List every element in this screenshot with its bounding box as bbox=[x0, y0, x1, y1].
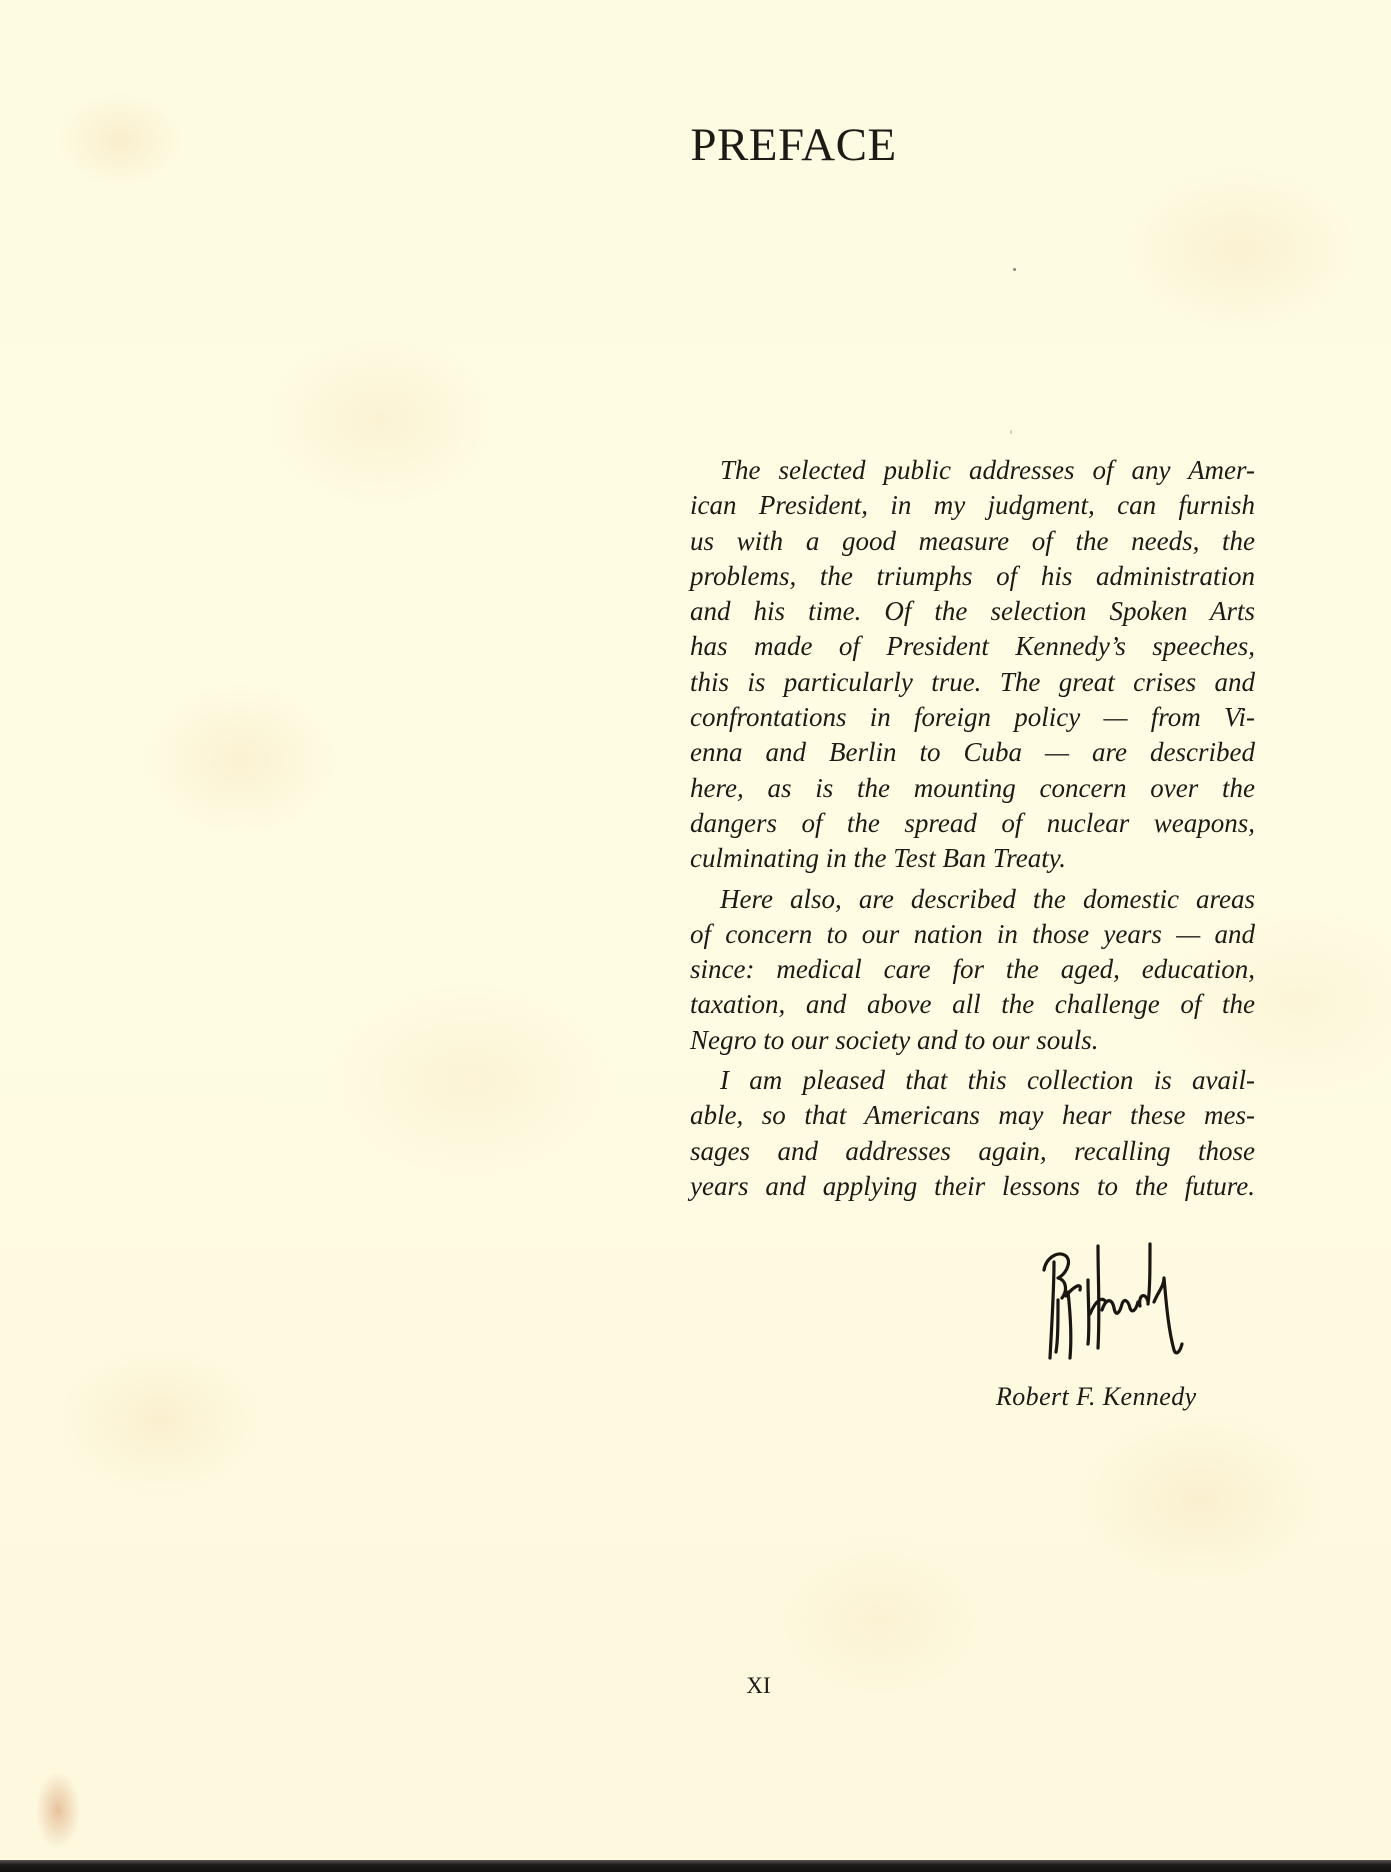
text-line: confrontations in foreign policy — from … bbox=[690, 700, 1255, 735]
text-line: here, as is the mounting concern over th… bbox=[690, 771, 1255, 806]
preface-body: The selected public addresses of any Ame… bbox=[690, 453, 1255, 1209]
text-line: dangers of the spread of nuclear weapons… bbox=[690, 806, 1255, 841]
text-line: and his time. Of the selection Spoken Ar… bbox=[690, 594, 1255, 629]
text-line: ican President, in my judgment, can furn… bbox=[690, 488, 1255, 523]
page-title-text: PREFACE bbox=[690, 119, 896, 171]
text-line: sages and addresses again, recalling tho… bbox=[690, 1134, 1255, 1169]
paragraph-1: The selected public addresses of any Ame… bbox=[690, 453, 1255, 877]
text-line: us with a good measure of the needs, the bbox=[690, 524, 1255, 559]
text-line: Here also, are described the domestic ar… bbox=[690, 882, 1255, 917]
text-line: enna and Berlin to Cuba — are described bbox=[690, 735, 1255, 770]
text-line: has made of President Kennedy’s speeches… bbox=[690, 629, 1255, 664]
page-title: PREFACE bbox=[0, 118, 1391, 172]
text-line: Negro to our society and to our souls. bbox=[690, 1023, 1255, 1058]
paragraph-3: I am pleased that this collection is ava… bbox=[690, 1063, 1255, 1204]
text-line: able, so that Americans may hear these m… bbox=[690, 1098, 1255, 1133]
text-line: The selected public addresses of any Ame… bbox=[690, 453, 1255, 488]
text-line: I am pleased that this collection is ava… bbox=[690, 1063, 1255, 1098]
page-number: XI bbox=[0, 1673, 1391, 1699]
text-line: of concern to our nation in those years … bbox=[690, 917, 1255, 952]
paragraph-2: Here also, are described the domestic ar… bbox=[690, 882, 1255, 1058]
signer-name: Robert F. Kennedy bbox=[996, 1382, 1197, 1412]
scanner-bottom-edge bbox=[0, 1860, 1391, 1872]
text-line: culminating in the Test Ban Treaty. bbox=[690, 841, 1255, 876]
text-line: taxation, and above all the challenge of… bbox=[690, 987, 1255, 1022]
paper-speck bbox=[1010, 430, 1012, 434]
paper-speck bbox=[1013, 268, 1016, 271]
text-line: since: medical care for the aged, educat… bbox=[690, 952, 1255, 987]
page-number-text: XI bbox=[746, 1673, 770, 1698]
text-line: years and applying their lessons to the … bbox=[690, 1169, 1255, 1204]
signature-icon bbox=[1036, 1240, 1196, 1370]
text-line: problems, the triumphs of his administra… bbox=[690, 559, 1255, 594]
text-line: this is particularly true. The great cri… bbox=[690, 665, 1255, 700]
